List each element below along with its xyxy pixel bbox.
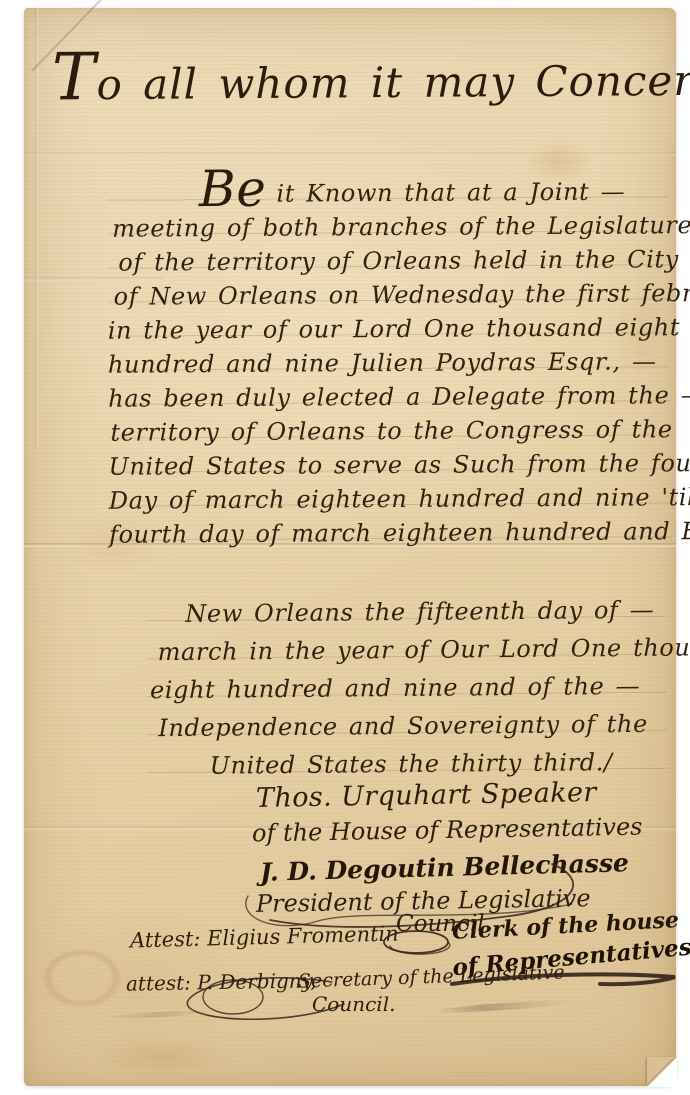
body-line: hundred and nine Julien Poydras Esqr., — <box>108 344 670 381</box>
body-line: of New Orleans on Wednesday the first fe… <box>107 276 669 313</box>
body-line: meeting of both branches of the Legislat… <box>107 208 669 245</box>
body-line: United States to serve as Such from the … <box>109 446 671 483</box>
body-line: territory of Orleans to the Congress of … <box>108 412 670 449</box>
body-line: of the territory of Orleans held in the … <box>107 242 669 279</box>
speaker-signature: Thos. Urquhart Speaker <box>256 777 597 814</box>
manuscript-paper: To all whom it may Concern. Beit Known t… <box>24 8 676 1086</box>
dateline-line: march in the year of Our Lord One thousa… <box>146 629 666 672</box>
dateline-line: eight hundred and nine and of the — <box>146 667 666 710</box>
body-line: Beit Known that at a Joint — <box>107 174 669 211</box>
body-line: has been duly elected a Delegate from th… <box>108 378 670 415</box>
body-line: Day of march eighteen hundred and nine '… <box>109 480 671 517</box>
dateline-line: Independence and Sovereignty of the <box>146 705 666 748</box>
left-edge-crease <box>35 8 38 448</box>
document-title: To all whom it may Concern. <box>52 36 690 116</box>
body-paragraph: Beit Known that at a Joint — meeting of … <box>107 174 671 551</box>
body-line: fourth day of march eighteen hundred and… <box>109 514 671 551</box>
secretary-attestation: attest: P. Derbigny, <box>126 968 317 995</box>
body-line-text: it Known that at a Joint — <box>276 178 625 208</box>
dateline-paragraph: New Orleans the fifteenth day of — march… <box>145 591 667 786</box>
body-line: in the year of our Lord One thousand eig… <box>108 310 670 347</box>
photo-of-document: { "document": { "title": "To all whom it… <box>0 0 690 1095</box>
secretary-title-line2: Council. <box>312 992 395 1016</box>
dateline-line: New Orleans the fifteenth day of — <box>145 591 665 634</box>
folded-corner <box>647 1057 674 1084</box>
